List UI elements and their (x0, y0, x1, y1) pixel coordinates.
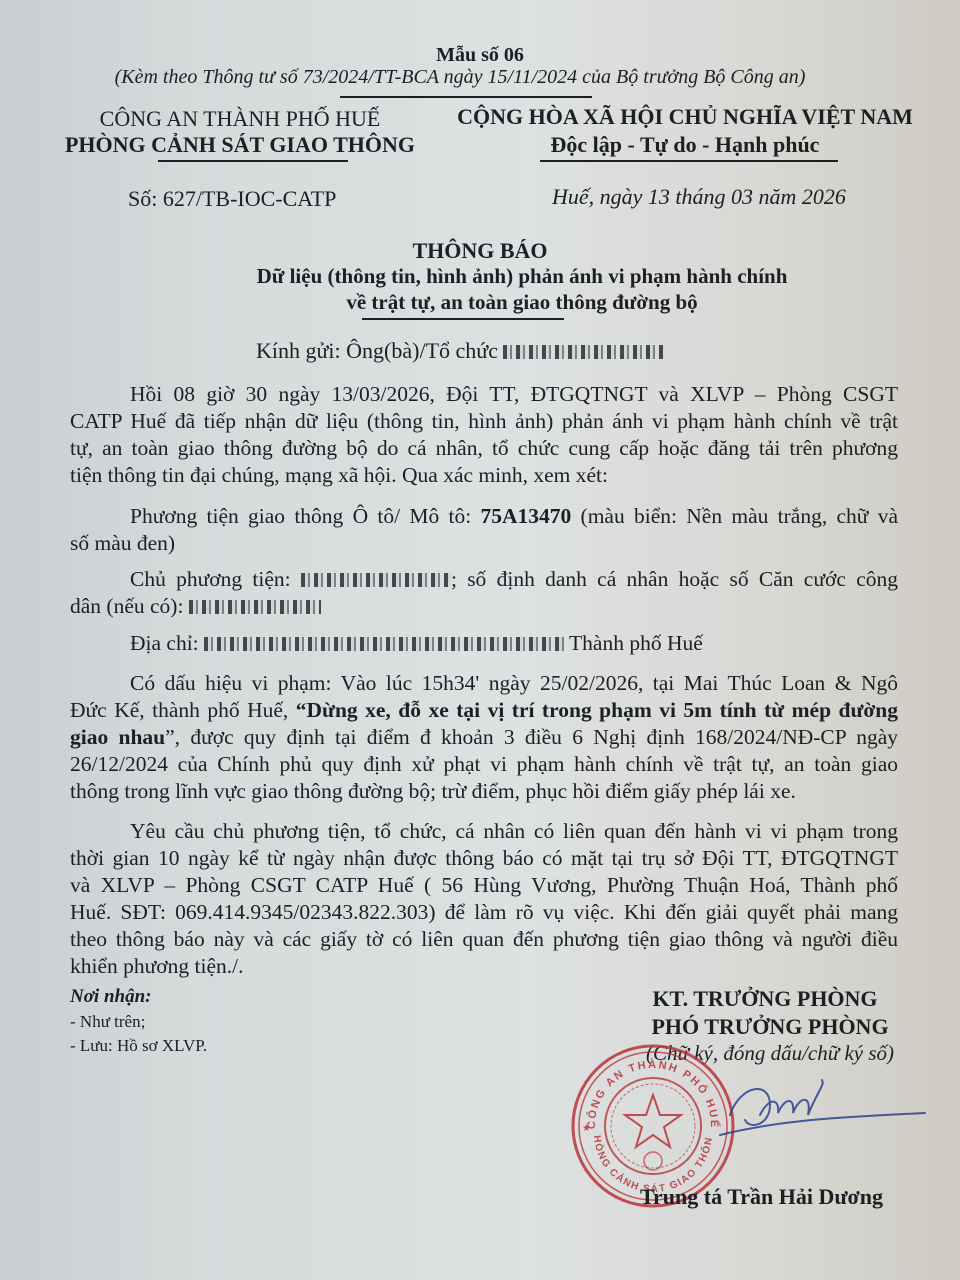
request-line: khiển phương tiện./. (70, 953, 898, 980)
redacted-address (204, 637, 564, 651)
violation-line: Có dấu hiệu vi phạm: Vào lúc 15h34' ngày… (70, 670, 898, 697)
recipients-title: Nơi nhận: (70, 986, 151, 1008)
form-number: Mẫu số 06 (0, 44, 960, 67)
intro-paragraph: Hồi 08 giờ 30 ngày 13/03/2026, Đội TT, Đ… (70, 381, 898, 489)
violation-line: giao nhau”, được quy định tại điểm đ kho… (70, 724, 898, 751)
vehicle-label: Phương tiện giao thông Ô tô/ Mô tô: (130, 504, 480, 528)
signer-position: PHÓ TRƯỞNG PHÒNG (600, 1014, 940, 1040)
request-paragraph: Yêu cầu chủ phương tiện, tổ chức, cá nhâ… (70, 818, 898, 980)
plate-color-info: (màu biển: Nền màu trắng, chữ và (571, 504, 898, 528)
title-underline (362, 318, 564, 320)
motto-underline (540, 160, 838, 162)
address-paragraph: Địa chỉ: Thành phố Huế (70, 630, 898, 657)
request-line: và XLVP – Phòng CSGT CATP Huế ( 56 Hùng … (70, 872, 898, 899)
owner-label: Chủ phương tiện: (130, 567, 301, 591)
violation-description: “Dừng xe, đỗ xe tại vị trí trong phạm vi… (296, 698, 898, 722)
owner-paragraph: Chủ phương tiện: ; số định danh cá nhân … (70, 566, 898, 620)
violation-description-cont: giao nhau (70, 725, 165, 749)
notice-document: Mẫu số 06 (Kèm theo Thông tư số 73/2024/… (0, 0, 960, 1280)
address-label: Địa chỉ: (130, 631, 204, 655)
vehicle-paragraph: Phương tiện giao thông Ô tô/ Mô tô: 75A1… (70, 503, 898, 557)
place-date: Huế, ngày 13 tháng 03 năm 2026 (552, 184, 846, 210)
intro-line: Hồi 08 giờ 30 ngày 13/03/2026, Đội TT, Đ… (70, 381, 898, 408)
agency-name: CÔNG AN THÀNH PHỐ HUẾ (55, 106, 425, 132)
redacted-id-number (189, 600, 321, 614)
redacted-owner-name (301, 573, 451, 587)
nation-motto: Độc lập - Tự do - Hạnh phúc (450, 132, 920, 158)
recipient-line: Kính gửi: Ông(bà)/Tổ chức (256, 338, 663, 364)
signer-authority: KT. TRƯỞNG PHÒNG (600, 986, 930, 1012)
address-line: Địa chỉ: Thành phố Huế (70, 630, 898, 657)
violation-location: Đức Kế, thành phố Huế, (70, 698, 296, 722)
violation-line: 26/12/2024 của Chính phủ quy định xử phạ… (70, 751, 898, 778)
intro-line: tự, an toàn giao thông đường bộ do cá nh… (70, 435, 898, 462)
svg-text:★: ★ (582, 1123, 591, 1134)
owner-id-label: ; số định danh cá nhân hoặc số Căn cước … (451, 567, 898, 591)
signer-name: Trung tá Trần Hải Dương (640, 1184, 883, 1210)
recipient-label: Kính gửi: Ông(bà)/Tổ chức (256, 338, 498, 363)
violation-line: Đức Kế, thành phố Huế, “Dừng xe, đỗ xe t… (70, 697, 898, 724)
document-subtitle-2: về trật tự, an toàn giao thông đường bộ (0, 290, 960, 315)
document-subtitle-1: Dữ liệu (thông tin, hình ảnh) phản ánh v… (0, 264, 960, 289)
vehicle-line: Phương tiện giao thông Ô tô/ Mô tô: 75A1… (70, 503, 898, 530)
request-line: Yêu cầu chủ phương tiện, tổ chức, cá nhâ… (70, 818, 898, 845)
license-plate: 75A13470 (480, 504, 571, 528)
intro-line: CATP Huế đã tiếp nhận dữ liệu (thông tin… (70, 408, 898, 435)
document-number: Số: 627/TB-IOC-CATP (128, 186, 336, 212)
department-name: PHÒNG CẢNH SÁT GIAO THÔNG (45, 132, 435, 158)
violation-line: thông trong lĩnh vực giao thông đường bộ… (70, 778, 898, 805)
plate-color-info-cont: số màu đen) (70, 530, 898, 557)
owner-line: Chủ phương tiện: ; số định danh cá nhân … (70, 566, 898, 593)
id-line: dân (nếu có): (70, 593, 898, 620)
header-rule (340, 96, 592, 98)
request-line: Huế. SĐT: 069.414.9345/02343.822.303) để… (70, 899, 898, 926)
nation-name: CỘNG HÒA XÃ HỘI CHỦ NGHĨA VIỆT NAM (440, 104, 930, 130)
signature-icon (700, 1075, 930, 1155)
legal-basis: ”, được quy định tại điểm đ khoản 3 điều… (165, 725, 898, 749)
request-line: theo thông báo này và các giấy tờ có liê… (70, 926, 898, 953)
form-reference: (Kèm theo Thông tư số 73/2024/TT-BCA ngà… (10, 66, 910, 89)
address-city: Thành phố Huế (564, 631, 703, 655)
violation-paragraph: Có dấu hiệu vi phạm: Vào lúc 15h34' ngày… (70, 670, 898, 805)
agency-underline (158, 160, 348, 162)
request-line: thời gian 10 ngày kể từ ngày nhận được t… (70, 845, 898, 872)
redacted-recipient-name (503, 345, 663, 359)
recipient-item: - Như trên; (70, 1012, 145, 1032)
id-label: dân (nếu có): (70, 594, 189, 618)
document-title: THÔNG BÁO (0, 238, 960, 264)
intro-line: tiện thông tin đại chúng, mạng xã hội. Q… (70, 462, 898, 489)
recipient-item: - Lưu: Hồ sơ XLVP. (70, 1036, 207, 1056)
